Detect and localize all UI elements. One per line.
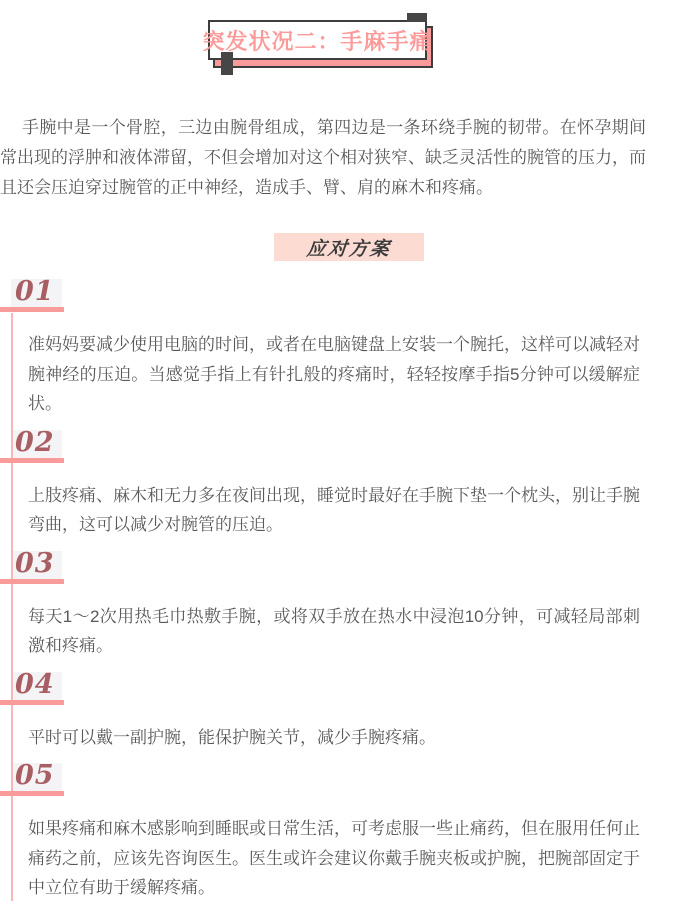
tip-underline-bar	[0, 700, 64, 705]
tip-number-box: 02	[11, 430, 62, 458]
tip-underline-bar	[0, 579, 64, 584]
tip-number: 02	[15, 424, 55, 462]
tip-number-box: 05	[11, 763, 62, 791]
tip-item-4: 04 平时可以戴一副护腕，能保护腕关节，减少手腕疼痛。	[0, 672, 698, 753]
page-title: 突发状况二：手麻手痛	[203, 25, 433, 56]
tip-number-box: 03	[11, 551, 62, 579]
tip-item-3: 03 每天1～2次用热毛巾热敷手腕，或将双手放在热水中浸泡10分钟，可减轻局部刺…	[0, 551, 698, 661]
tip-item-2: 02 上肢疼痛、麻木和无力多在夜间出现，睡觉时最好在手腕下垫一个枕头，别让手腕弯…	[0, 430, 698, 540]
tip-text: 准妈妈要减少使用电脑的时间，或者在电脑键盘上安装一个腕托，这样可以减轻对腕神经的…	[28, 330, 640, 419]
article-page: 突发状况二：手麻手痛 手腕中是一个骨腔，三边由腕骨组成，第四边是一条环绕手腕的韧…	[0, 0, 698, 901]
title-banner: 突发状况二：手麻手痛	[0, 0, 698, 80]
tip-number: 01	[15, 273, 55, 311]
tip-underline-bar	[0, 791, 64, 796]
tip-item-1: 01 准妈妈要减少使用电脑的时间，或者在电脑键盘上安装一个腕托，这样可以减轻对腕…	[0, 279, 698, 419]
section-title: 应对方案	[306, 234, 393, 261]
section-header-box: 应对方案	[274, 233, 424, 261]
tip-number-row: 01	[0, 279, 698, 312]
intro-paragraph: 手腕中是一个骨腔，三边由腕骨组成，第四边是一条环绕手腕的韧带。在怀孕期间常出现的…	[0, 113, 646, 203]
tip-number-row: 03	[0, 551, 698, 584]
banner-title-box: 突发状况二：手麻手痛	[208, 20, 427, 60]
tip-text: 如果疼痛和麻木感影响到睡眠或日常生活，可考虑服一些止痛药，但在服用任何止痛药之前…	[28, 814, 640, 901]
banner-corner-deco-bottom-left	[221, 52, 233, 75]
tip-text: 平时可以戴一副护腕，能保护腕关节，减少手腕疼痛。	[28, 723, 640, 753]
banner-corner-deco-top-right	[407, 13, 427, 22]
tip-text: 上肢疼痛、麻木和无力多在夜间出现，睡觉时最好在手腕下垫一个枕头，别让手腕弯曲，这…	[28, 481, 640, 540]
tip-number-box: 04	[11, 672, 62, 700]
tip-number-row: 05	[0, 763, 698, 796]
tip-number: 04	[15, 666, 55, 704]
section-header: 应对方案	[0, 233, 698, 261]
tip-number-row: 02	[0, 430, 698, 463]
tip-underline-bar	[0, 307, 64, 312]
tips-list: 01 准妈妈要减少使用电脑的时间，或者在电脑键盘上安装一个腕托，这样可以减轻对腕…	[0, 279, 698, 901]
tip-number-box: 01	[11, 279, 62, 307]
tip-underline-bar	[0, 458, 64, 463]
tip-text: 每天1～2次用热毛巾热敷手腕，或将双手放在热水中浸泡10分钟，可减轻局部刺激和疼…	[28, 602, 640, 661]
tip-number-row: 04	[0, 672, 698, 705]
tip-number: 03	[15, 545, 55, 583]
tip-number: 05	[15, 757, 55, 795]
tip-item-5: 05 如果疼痛和麻木感影响到睡眠或日常生活，可考虑服一些止痛药，但在服用任何止痛…	[0, 763, 698, 901]
